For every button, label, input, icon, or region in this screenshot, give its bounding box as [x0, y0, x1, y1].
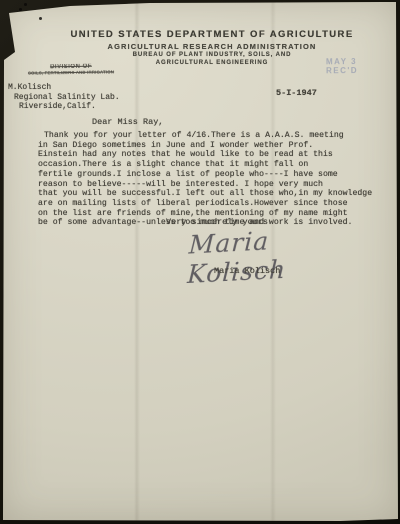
- sender-city: Riverside,Calif.: [8, 102, 120, 112]
- division-stamp-line2: SOILS, FERTILIZERS AND IRRIGATION: [12, 69, 130, 76]
- body-line: reason to believe-----will be interested…: [38, 180, 383, 190]
- typed-signature: Maria Kolisch: [214, 266, 280, 276]
- letter-body: Thank you for your letter of 4/16.There …: [38, 131, 383, 228]
- body-line: are on mailing lists of liberal periodic…: [38, 199, 383, 209]
- letterhead-administration: AGRICULTURAL RESEARCH ADMINISTRATION: [30, 42, 394, 51]
- staple-mark: [19, 8, 22, 11]
- body-line: fertile grounds.I inclose a list of peop…: [38, 170, 383, 180]
- division-stamp: DIVISION OF SOILS, FERTILIZERS AND IRRIG…: [12, 63, 130, 76]
- sender-address-block: M.Kolisch Regional Salinity Lab. Riversi…: [8, 83, 120, 112]
- staple-mark: [39, 17, 42, 20]
- body-line: Einstein had any notes that he would lik…: [38, 150, 383, 160]
- sender-org: Regional Salinity Lab.: [8, 93, 120, 103]
- staple-mark: [24, 3, 27, 6]
- handwritten-signature: Maria Kolisch: [187, 221, 370, 289]
- salutation: Dear Miss Ray,: [92, 117, 163, 127]
- letter-date: 5-I-1947: [276, 88, 317, 98]
- body-line: Thank you for your letter of 4/16.There …: [38, 131, 383, 141]
- received-date-stamp: MAY 3 REC'D: [326, 57, 392, 76]
- closing-line: Very sincerely yours: [166, 217, 268, 227]
- body-line: in San Diego sometimes in June and I won…: [38, 141, 383, 151]
- body-line: that you will be successful.I left out a…: [38, 189, 383, 199]
- body-line: occasion.There is a slight chance that i…: [38, 160, 383, 170]
- letter-page: UNITED STATES DEPARTMENT OF AGRICULTURE …: [0, 0, 400, 524]
- letterhead-department: UNITED STATES DEPARTMENT OF AGRICULTURE: [30, 29, 394, 40]
- sender-name: M.Kolisch: [8, 83, 120, 93]
